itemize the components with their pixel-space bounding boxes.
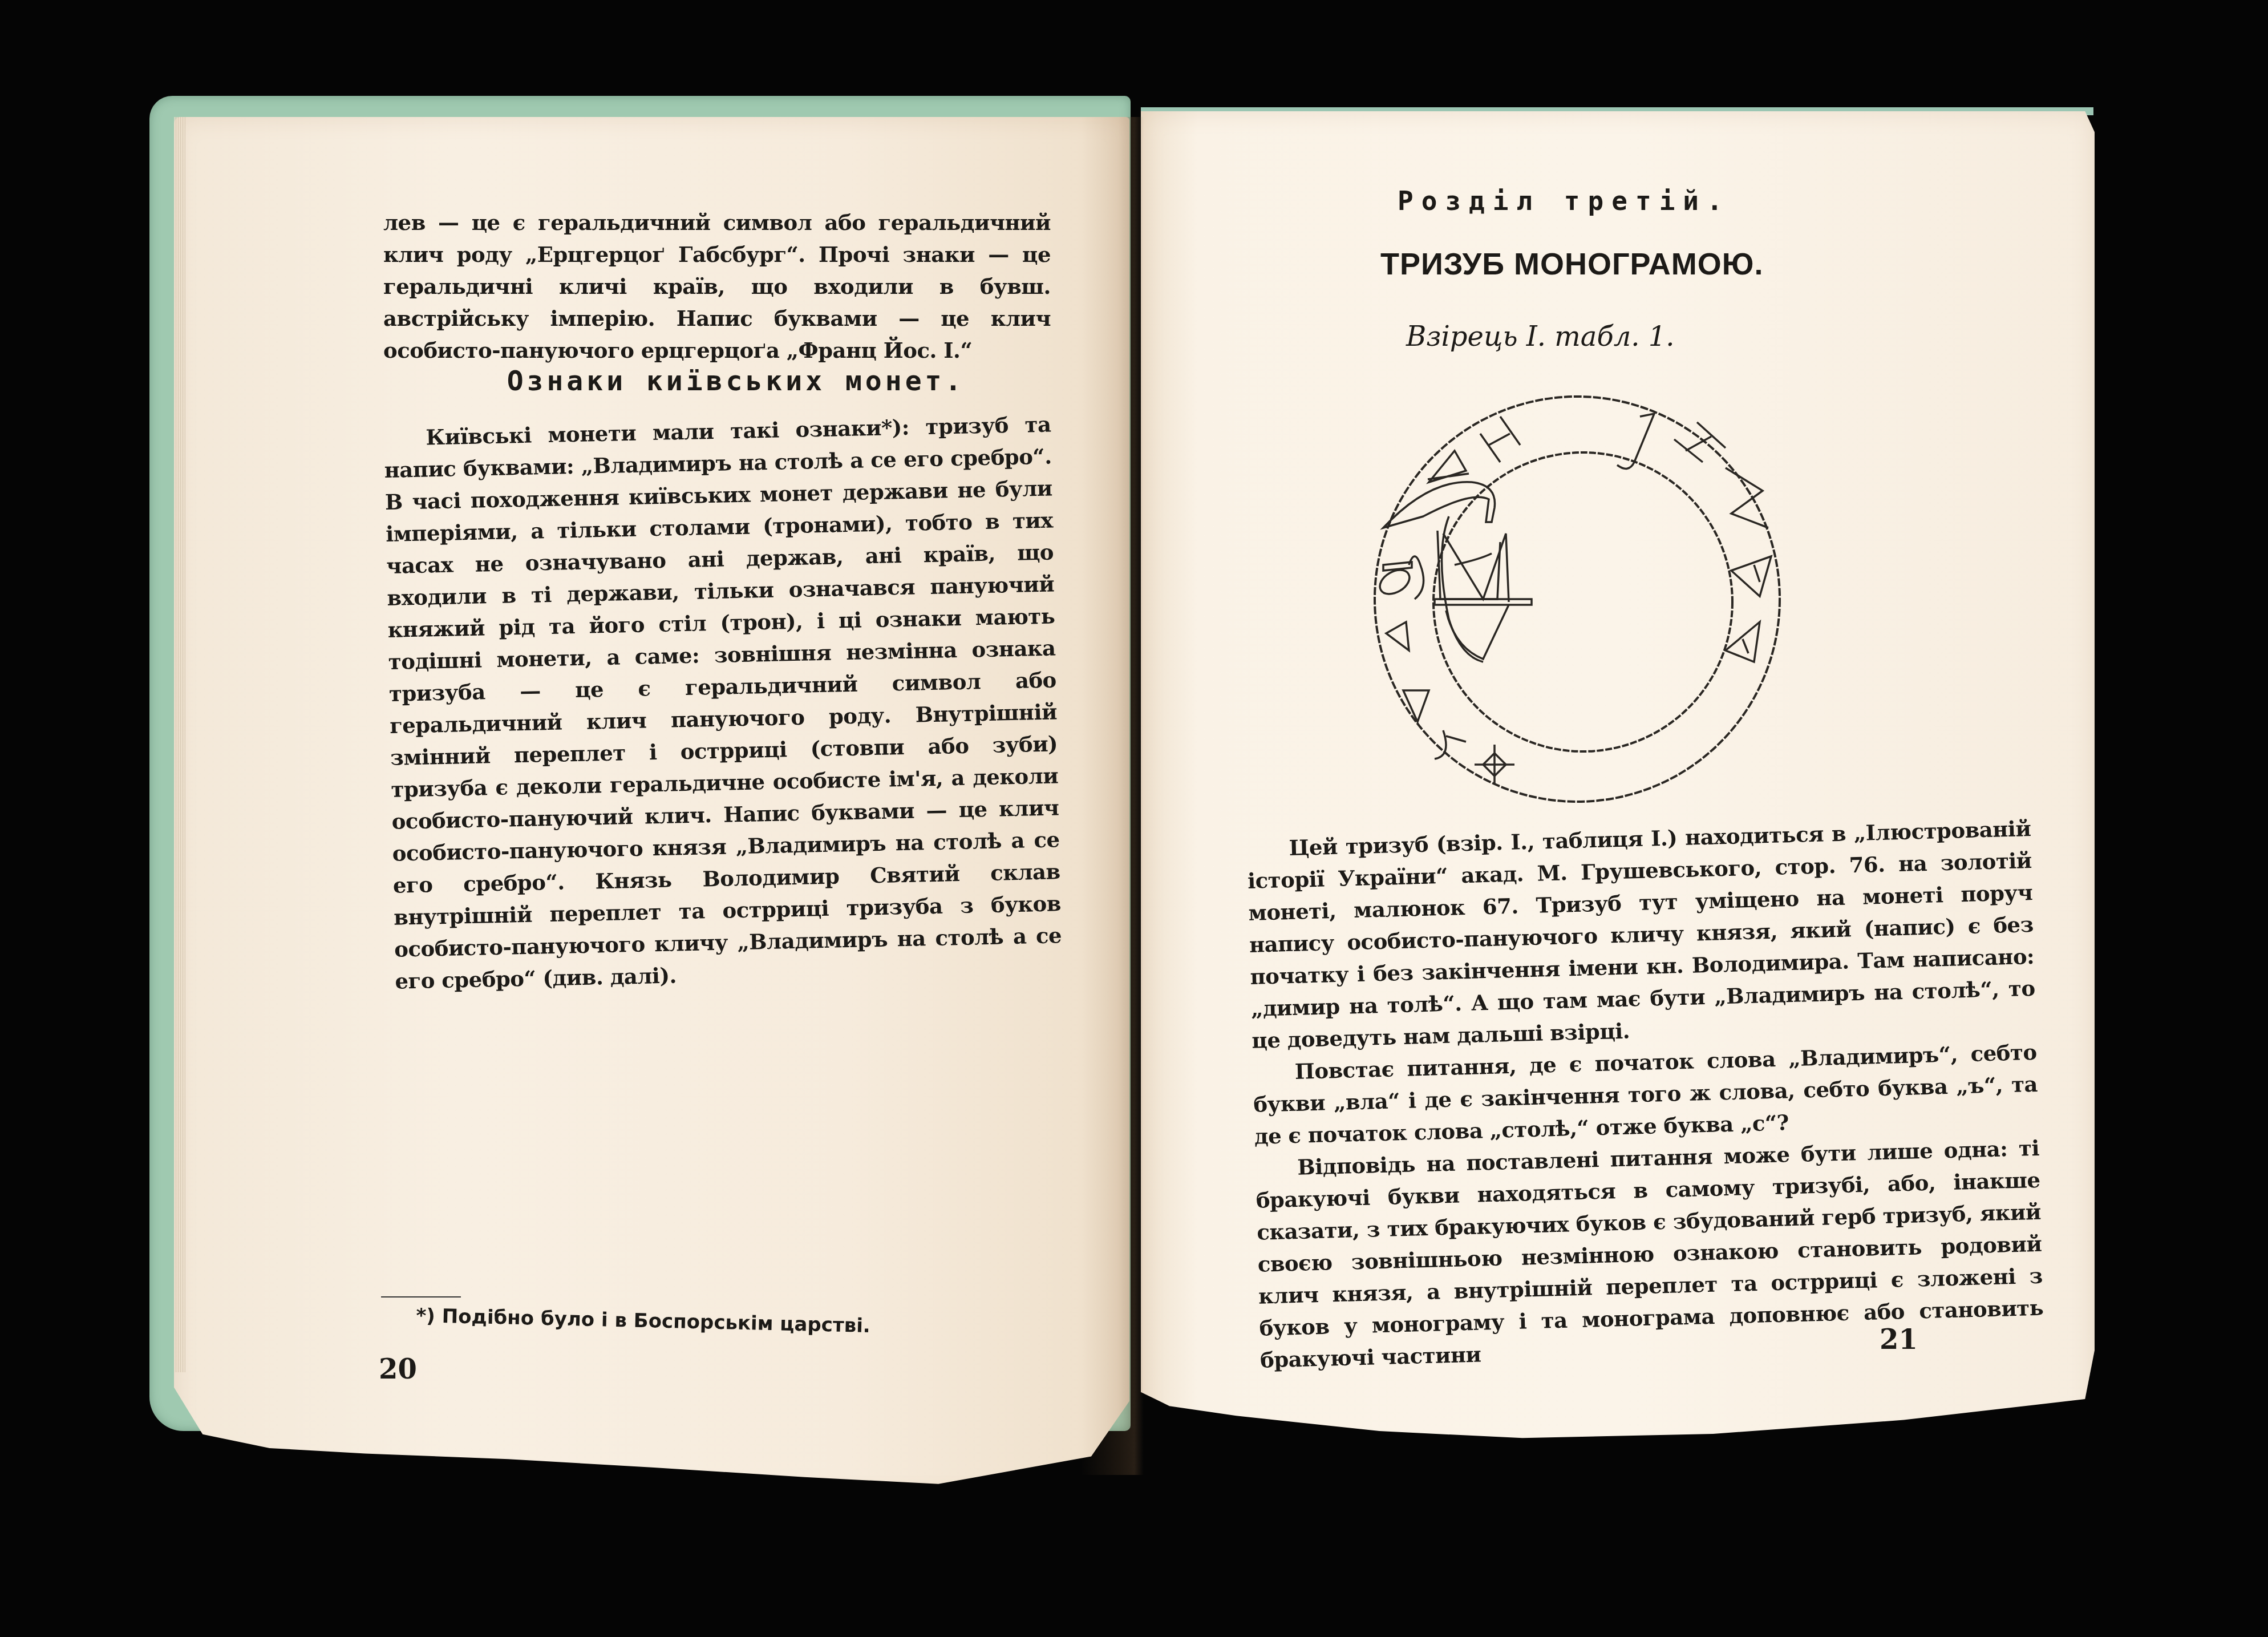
intro-text: лев — це є геральдичний символ або герал… <box>383 207 1051 366</box>
footnote-divider <box>381 1296 461 1298</box>
left-body-paragraph: Київські монети мали такі ознаки*): триз… <box>383 408 1063 997</box>
left-intro-paragraph: лев — це є геральдичний символ або герал… <box>383 207 1051 366</box>
paragraph-1: Цей тризуб (взір. I., таблиця I.) находи… <box>1246 813 2036 1057</box>
page-number-left: 20 <box>379 1353 417 1385</box>
section-heading: Ознаки київських монет. <box>422 365 1050 397</box>
open-book: лев — це є геральдичний символ або герал… <box>0 0 2268 1637</box>
paragraph-3: Відповідь на поставлені питання може бут… <box>1255 1132 2045 1376</box>
spine-gutter <box>1081 117 1144 1475</box>
right-body-text: Цей тризуб (взір. I., таблиця I.) находи… <box>1246 813 2044 1376</box>
page-stack-edges <box>174 117 185 1372</box>
chapter-title: ТРИЗУБ МОНОГРАМОЮ. <box>1380 246 1837 282</box>
body-text: Київські монети мали такі ознаки*): триз… <box>383 408 1063 997</box>
chapter-label: Розділ третій. <box>1398 185 1797 216</box>
figure-caption: Взірець I. табл. 1. <box>1406 321 1748 353</box>
coin-emblem-icon <box>1360 394 1794 805</box>
page-number-right: 21 <box>1880 1324 1918 1356</box>
